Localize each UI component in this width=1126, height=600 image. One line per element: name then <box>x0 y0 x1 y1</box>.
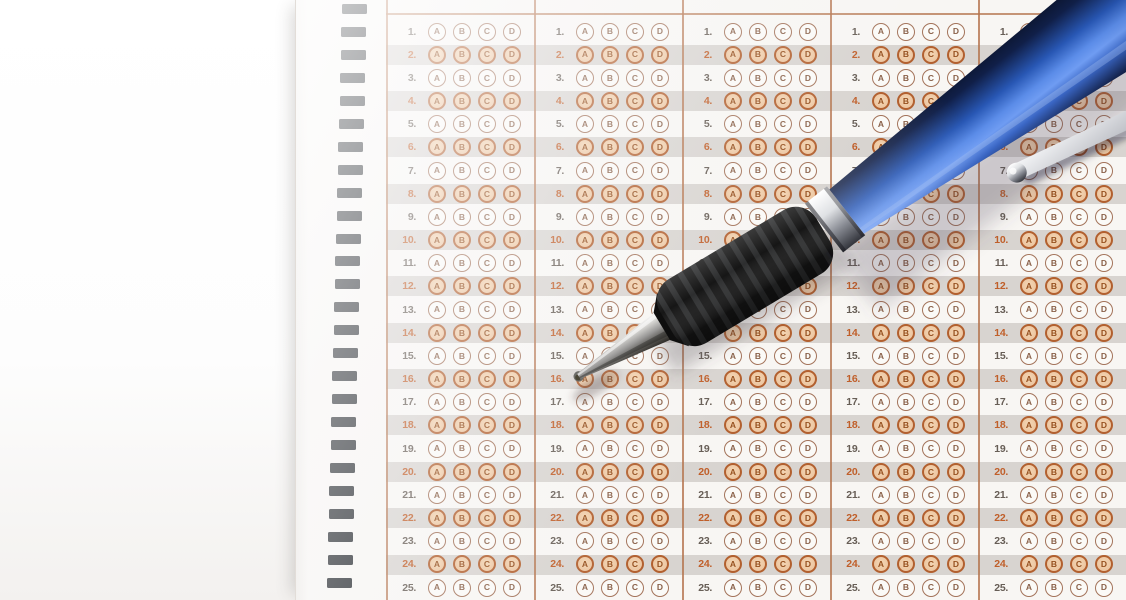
pen-front-section <box>545 194 855 427</box>
photo-canvas: 1.ABCD2.ABCD3.ABCD4.ABCD5.ABCD6.ABCD7.AB… <box>0 0 1126 600</box>
ballpoint-pen <box>0 0 1126 600</box>
pen-rear-section <box>791 0 1126 383</box>
